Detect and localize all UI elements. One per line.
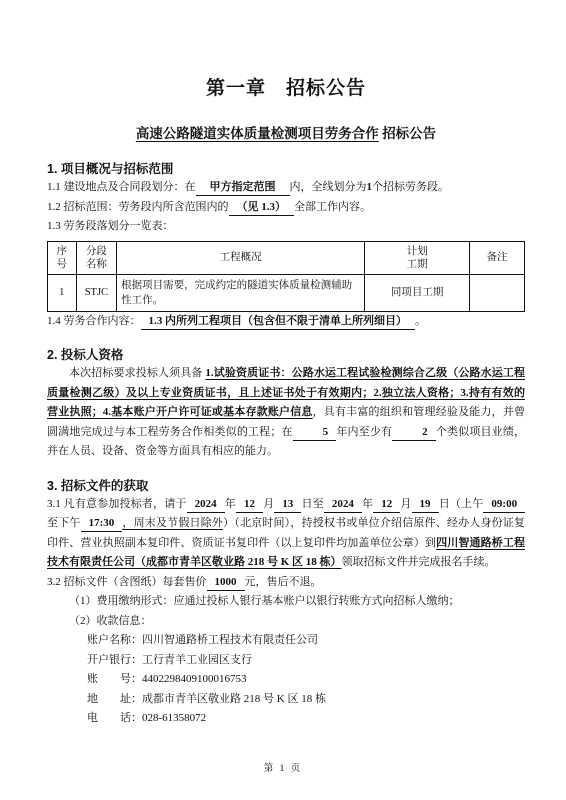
document-subtitle: 高速公路隧道实体质量检测项目劳务合作 招标公告 bbox=[47, 124, 525, 144]
price-fill: 1000 bbox=[207, 575, 245, 591]
end-day-fill: 19 bbox=[412, 497, 439, 513]
start-month-fill: 12 bbox=[236, 497, 263, 513]
clause-1-1-text3: 个招标劳务段。 bbox=[372, 181, 449, 193]
cell-remarks bbox=[470, 274, 525, 311]
payee-info-heading: （2）收款信息： bbox=[47, 612, 525, 632]
clause-3-2: 3.2 招标文件（含图纸）每套售价1000元，售后不退。 bbox=[47, 573, 525, 593]
payee-address-line: 地 址：成都市青羊区敬业路 218 号 K 区 18 栋 bbox=[47, 690, 525, 710]
clause-3-1-to-label: 日至 bbox=[301, 498, 324, 510]
payee-phone-value: 028-61358072 bbox=[142, 712, 206, 724]
clause-3-1-month2-label: 月 bbox=[400, 498, 411, 510]
end-month-fill: 12 bbox=[373, 497, 400, 513]
payee-bank-line: 开户银行：工行青羊工业园区支行 bbox=[47, 651, 525, 671]
cell-seq: 1 bbox=[48, 274, 77, 311]
clause-3-2-text: 3.2 招标文件（含图纸）每套售价 bbox=[47, 576, 207, 588]
subtitle-suffix: 招标公告 bbox=[379, 126, 436, 141]
bidder-qualification-paragraph: 本次招标要求投标人须具备 1.试验资质证书：公路水运工程试验检测综合乙级（公路水… bbox=[47, 364, 525, 462]
subtitle-project-name: 高速公路隧道实体质量检测项目劳务合作 bbox=[136, 126, 379, 141]
open-time-fill: 09:00 bbox=[483, 497, 525, 513]
payee-account-name-value: 四川智通路桥工程技术有限责任公司 bbox=[142, 634, 318, 646]
col-header-remarks: 备注 bbox=[470, 241, 525, 274]
clause-1-3: 1.3 劳务段落划分一览表： bbox=[47, 217, 525, 237]
end-year-fill: 2024 bbox=[324, 497, 362, 513]
table-header-row: 序 号 分段 名称 工程概况 计划 工期 备注 bbox=[48, 241, 525, 274]
clause-1-2-fill-ref: （见 1.3） bbox=[229, 200, 295, 216]
payee-address-label: 地 址： bbox=[87, 693, 142, 705]
payee-bank-label: 开户银行： bbox=[87, 654, 142, 666]
clause-3-2-text2: 元，售后不退。 bbox=[245, 576, 322, 588]
clause-1-1-text2: 内，全线划分为 bbox=[290, 181, 367, 193]
years-fill: 5 bbox=[293, 425, 337, 441]
page-number-footer: 第 1 页 bbox=[0, 760, 566, 774]
clause-1-1-fill-location: 甲方指定范围 bbox=[196, 180, 290, 196]
payee-address-value: 成都市青羊区敬业路 218 号 K 区 18 栋 bbox=[142, 693, 326, 705]
clause-1-2: 1.2 招标范围：劳务段内所含范围内的（见 1.3）全部工作内容。 bbox=[47, 198, 525, 218]
clause-3-1-month-label: 月 bbox=[263, 498, 274, 510]
close-time-fill: 17:30 bbox=[81, 516, 123, 532]
similar-projects-fill: 2 bbox=[392, 425, 436, 441]
clause-1-1-text: 1.1 建设地点及合同段划分：在 bbox=[47, 181, 196, 193]
qualification-text3: 年内至少有 bbox=[336, 426, 392, 438]
col-header-seq: 序 号 bbox=[48, 241, 77, 274]
clause-3-1-closing-text: 领取招标文件并完成报名手续。 bbox=[342, 556, 496, 568]
clause-3-1-text: 3.1 凡有意参加投标者，请于 bbox=[47, 498, 187, 510]
cell-overview: 根据项目需要，完成约定的隧道实体质量检测辅助性工作。 bbox=[117, 274, 365, 311]
cell-segment-name: STJC bbox=[76, 274, 117, 311]
weekend-exclusion-underlined: ，周末及节假日除外 bbox=[122, 517, 223, 529]
col-header-segment-name: 分段 名称 bbox=[76, 241, 117, 274]
payee-account-number-label: 账 号： bbox=[87, 673, 142, 685]
chapter-title: 第一章 招标公告 bbox=[47, 76, 525, 102]
start-day-fill: 13 bbox=[274, 497, 301, 513]
clause-1-2-text2: 全部工作内容。 bbox=[294, 201, 371, 213]
clause-1-4: 1.4 劳务合作内容：1.3 内所列工程项目（包含但不限于清单上所列细目）。 bbox=[47, 312, 525, 332]
clause-3-1-morning-label: 日（上午 bbox=[439, 498, 484, 510]
cell-plan-period: 同项目工期 bbox=[365, 274, 470, 311]
clause-1-4-text: 1.4 劳务合作内容： bbox=[47, 315, 141, 327]
col-header-plan-period: 计划 工期 bbox=[365, 241, 470, 274]
payment-method-line: （1）费用缴纳形式：应通过投标人银行基本账户以银行转账方式向招标人缴纳； bbox=[47, 592, 525, 612]
table-row: 1 STJC 根据项目需要，完成约定的隧道实体质量检测辅助性工作。 同项目工期 bbox=[48, 274, 525, 311]
qualification-intro: 本次招标要求投标人须具备 bbox=[69, 367, 202, 379]
clause-1-2-text: 1.2 招标范围：劳务段内所含范围内的 bbox=[47, 201, 229, 213]
col-header-overview: 工程概况 bbox=[117, 241, 365, 274]
clause-3-1-afternoon-label: 至下午 bbox=[47, 517, 81, 529]
payee-account-number-line: 账 号：4402298409100016753 bbox=[47, 670, 525, 690]
clause-3-1-year2-label: 年 bbox=[362, 498, 373, 510]
segments-table: 序 号 分段 名称 工程概况 计划 工期 备注 1 STJC 根据项目需要，完成… bbox=[47, 241, 525, 312]
section-1-heading: 1. 项目概况与招标范围 bbox=[47, 160, 525, 178]
payee-phone-label: 电 话： bbox=[87, 712, 142, 724]
clause-3-1-year-label: 年 bbox=[225, 498, 236, 510]
section-3-heading: 3. 招标文件的获取 bbox=[47, 477, 525, 495]
payee-bank-value: 工行青羊工业园区支行 bbox=[142, 654, 252, 666]
clause-1-1: 1.1 建设地点及合同段划分：在甲方指定范围内，全线划分为1个招标劳务段。 bbox=[47, 178, 525, 198]
payee-account-name-label: 账户名称： bbox=[87, 634, 142, 646]
clause-1-4-text2: 。 bbox=[415, 315, 426, 327]
document-page: 第一章 招标公告 高速公路隧道实体质量检测项目劳务合作 招标公告 1. 项目概况… bbox=[0, 0, 566, 800]
start-year-fill: 2024 bbox=[187, 497, 225, 513]
section-2-heading: 2. 投标人资格 bbox=[47, 346, 525, 364]
payee-account-name-line: 账户名称：四川智通路桥工程技术有限责任公司 bbox=[47, 631, 525, 651]
clause-3-1: 3.1 凡有意参加投标者，请于2024年12月13日至2024年12月19日（上… bbox=[47, 495, 525, 573]
payee-account-number-value: 4402298409100016753 bbox=[142, 673, 247, 685]
clause-1-4-fill-content: 1.3 内所列工程项目（包含但不限于清单上所列细目） bbox=[141, 314, 416, 330]
payee-phone-line: 电 话：028-61358072 bbox=[47, 709, 525, 729]
